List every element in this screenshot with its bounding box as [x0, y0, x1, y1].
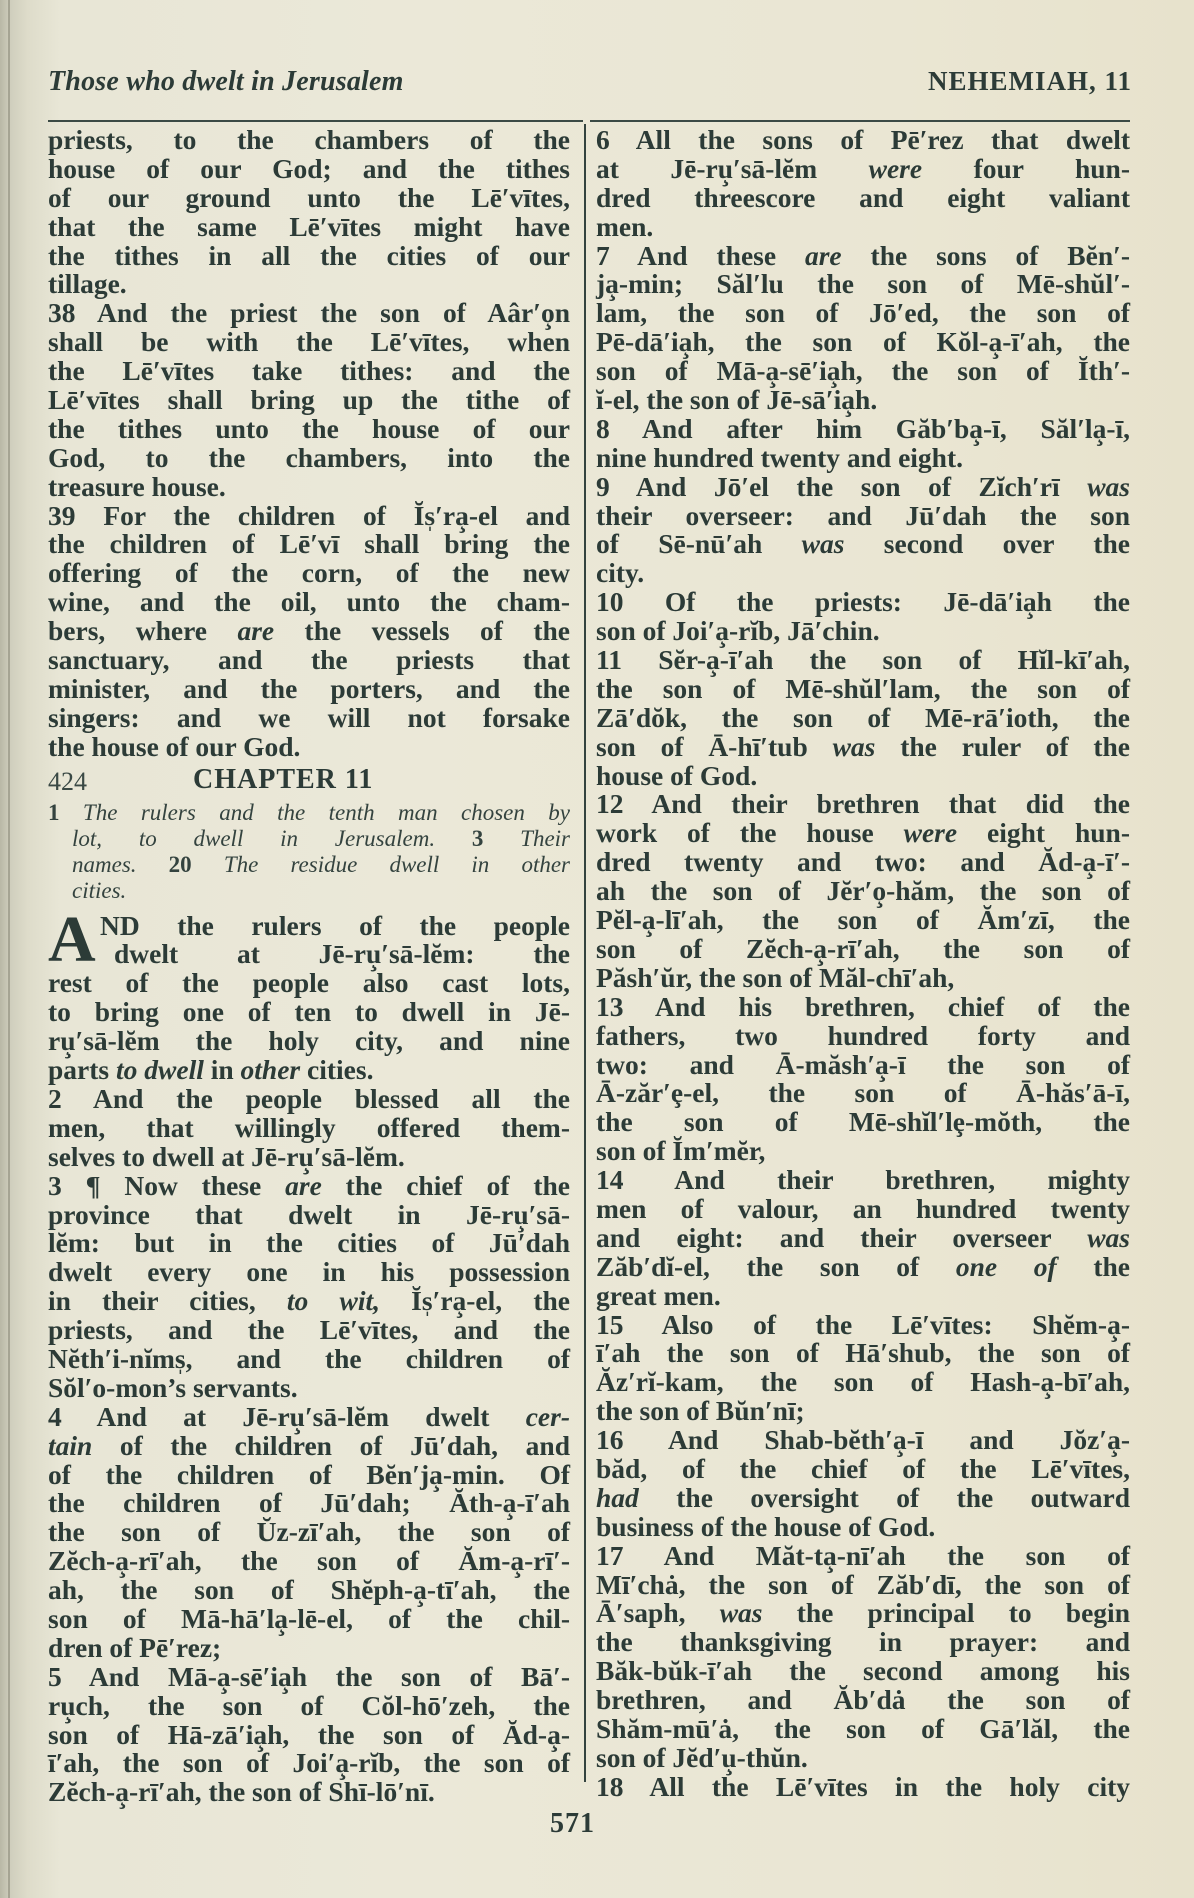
text-line: Ăz′rĭ-kam, the son of Hash-a̧-bī′ah, — [596, 1368, 1130, 1397]
text-line: minister, and the porters, and the — [48, 675, 570, 704]
text-line: house of our God; and the tithes — [48, 155, 570, 184]
text-line: singers: and we will not forsake — [48, 704, 570, 733]
page-number: 571 — [550, 1808, 595, 1840]
chapter-reference-number: 424 — [48, 768, 87, 797]
book-chapter-heading: NEHEMIAH, 11 — [928, 66, 1132, 97]
text-line: băd, of the chief of the Lē′vītes, — [596, 1455, 1130, 1484]
verse-5: 5 And Mā-a̧-sē′ia̧h the son of Bā′- — [48, 1663, 570, 1692]
verse-9: 9 And Jō′el the son of Zĭch′rī was — [596, 473, 1130, 502]
text-line: Mī′chȧ, the son of Zăb′dī, the son of — [596, 1571, 1130, 1600]
verse-14: 14 And their brethren, mighty — [596, 1166, 1130, 1195]
verse-15: 15 Also of the Lē′vītes: Shĕm-a̧- — [596, 1311, 1130, 1340]
text-line: Zăb′dĭ-el, the son of one of the — [596, 1253, 1130, 1282]
text-line: at Jē-ru̧′sā-lĕm were four hun- — [596, 155, 1130, 184]
text-line: son of Joi′a̧-rĭb, Jā′chin. — [596, 617, 1130, 646]
chapter-heading-row: 424 CHAPTER 11 — [48, 764, 570, 800]
verse-38: 38 And the priest the son of Aâr′o̧n — [48, 299, 570, 328]
left-column: priests, to the chambers of the house of… — [48, 126, 570, 1807]
text-line: Lē′vītes shall bring up the tithe of — [48, 386, 570, 415]
text-line: their overseer: and Jū′dah the son — [596, 502, 1130, 531]
text-line: son of Jĕd′u̧-thŭn. — [596, 1744, 1130, 1773]
text-line: the son of Mē-shĭl′lȩ-mŏth, the — [596, 1108, 1130, 1137]
text-line: dred twenty and two: and Ăd-a̧-ī′- — [596, 848, 1130, 877]
text-line: Nĕth′i-nĭms̩, and the children of — [48, 1345, 570, 1374]
text-line: house of God. — [596, 762, 1130, 791]
running-head: Those who dwelt in Jerusalem NEHEMIAH, 1… — [48, 66, 1132, 106]
verse-39: 39 For the children of Ĭs̩′ra̧-el and — [48, 502, 570, 531]
text-line: Păsh′ŭr, the son of Măl-chī′ah, — [596, 964, 1130, 993]
text-line: son of Hā-zā′ia̧h, the son of Ăd-a̧- — [48, 1721, 570, 1750]
verse-3: 3 ¶ Now these are the chief of the — [48, 1172, 570, 1201]
verse-1: A ND the rulers of the people dwelt at J… — [48, 912, 570, 1085]
section-heading: Those who dwelt in Jerusalem — [48, 66, 404, 98]
text-line: the Lē′vītes take tithes: and the — [48, 357, 570, 386]
text-line: Ā′saph, was the principal to begin — [596, 1599, 1130, 1628]
text-line: ND the rulers of the people — [48, 912, 570, 941]
text-line: men. — [596, 213, 1130, 242]
text-line: offering of the corn, of the new — [48, 559, 570, 588]
text-line: nine hundred twenty and eight. — [596, 444, 1130, 473]
text-line: city. — [596, 559, 1130, 588]
verse-16: 16 And Shab-bĕth′a̧-ī and Jŏz′a̧- — [596, 1426, 1130, 1455]
verse-18: 18 All the Lē′vītes in the holy city — [596, 1773, 1130, 1802]
text-line: in their cities, to wit, Ĭs̩′ra̧-el, the — [48, 1287, 570, 1316]
text-line: Pĕl-a̧-lī′ah, the son of Ăm′zī, the — [596, 906, 1130, 935]
text-line: the son of Ŭz-zī′ah, the son of — [48, 1518, 570, 1547]
text-line: ja̧-min; Săl′lu the son of Mē-shŭl′- — [596, 270, 1130, 299]
text-line: treasure house. — [48, 473, 570, 502]
text-line: ru̧ch, the son of Cŏl-hō′zeh, the — [48, 1692, 570, 1721]
text-line: ī′ah the son of Hā′shub, the son of — [596, 1339, 1130, 1368]
text-line: the son of Mē-shŭl′lam, the son of — [596, 675, 1130, 704]
text-line: parts to dwell in other cities. — [48, 1056, 570, 1085]
text-line: ah, the son of Shĕph-a̧-tī′ah, the — [48, 1576, 570, 1605]
text-line: son of Mā-a̧-sē′ia̧h, the son of Ĭth′- — [596, 357, 1130, 386]
text-line: lĕm: but in the cities of Jū′dah — [48, 1229, 570, 1258]
chapter-summary: 1 The rulers and the tenth man chosen by… — [48, 800, 570, 904]
text-line: sanctuary, and the priests that — [48, 646, 570, 675]
text-line: dwelt every one in his possession — [48, 1258, 570, 1287]
text-line: men of valour, an hundred twenty — [596, 1195, 1130, 1224]
text-line: the house of our God. — [48, 733, 570, 762]
text-line: great men. — [596, 1282, 1130, 1311]
verse-12: 12 And their brethren that did the — [596, 790, 1130, 819]
text-line: work of the house were eight hun- — [596, 819, 1130, 848]
text-line: son of Mā-hā′la̧-lē-el, of the chil- — [48, 1605, 570, 1634]
text-line: ī′ah, the son of Joi′a̧-rĭb, the son of — [48, 1749, 570, 1778]
verse-6: 6 All the sons of Pē′rez that dwelt — [596, 126, 1130, 155]
text-line: lam, the son of Jō′ed, the son of — [596, 299, 1130, 328]
text-line: son of Zĕch-a̧-rī′ah, the son of — [596, 935, 1130, 964]
text-line: priests, to the chambers of the — [48, 126, 570, 155]
verse-4: 4 And at Jē-ru̧′sā-lĕm dwelt cer- — [48, 1403, 570, 1432]
text-line: dred threescore and eight valiant — [596, 184, 1130, 213]
text-line: Zĕch-a̧-rī′ah, the son of Shī-lō′nī. — [48, 1778, 570, 1807]
text-line: to bring one of ten to dwell in Jē- — [48, 998, 570, 1027]
text-line: the children of Jū′dah; Ăth-a̧-ī′ah — [48, 1489, 570, 1518]
verse-10: 10 Of the priests: Jē-dā′ia̧h the — [596, 588, 1130, 617]
text-line: priests, and the Lē′vītes, and the — [48, 1316, 570, 1345]
text-line: shall be with the Lē′vītes, when — [48, 328, 570, 357]
text-line: two: and Ā-măsh′a̧-ī the son of — [596, 1051, 1130, 1080]
text-line: of the children of Bĕn′ja̧-min. Of — [48, 1461, 570, 1490]
text-line: God, to the chambers, into the — [48, 444, 570, 473]
text-line: business of the house of God. — [596, 1513, 1130, 1542]
text-line: and eight: and their overseer was — [596, 1224, 1130, 1253]
verse-8: 8 And after him Găb′ba̧-ī, Săl′la̧-ī, — [596, 415, 1130, 444]
text-line: son of Ā-hī′tub was the ruler of the — [596, 733, 1130, 762]
text-line: the son of Bŭn′nī; — [596, 1397, 1130, 1426]
text-line: had the oversight of the outward — [596, 1484, 1130, 1513]
text-line: son of Ĭm′mĕr, — [596, 1137, 1130, 1166]
text-line: of Sē-nū′ah was second over the — [596, 530, 1130, 559]
text-line: the children of Lē′vī shall bring the — [48, 530, 570, 559]
text-line: selves to dwell at Jē-ru̧′sā-lĕm. — [48, 1143, 570, 1172]
header-rule-left — [48, 120, 583, 123]
book-spine-edge — [8, 0, 10, 1898]
text-line: rest of the people also cast lots, — [48, 969, 570, 998]
text-line: Ā-zăr′ȩ-el, the son of Ā-hăs′ā-ī, — [596, 1079, 1130, 1108]
right-column: 6 All the sons of Pē′rez that dwelt at J… — [596, 126, 1130, 1802]
text-line: the tithes unto the house of our — [48, 415, 570, 444]
text-line: dren of Pē′rez; — [48, 1634, 570, 1663]
text-line: of our ground unto the Lē′vītes, — [48, 184, 570, 213]
text-line: province that dwelt in Jē-ru̧′sā- — [48, 1201, 570, 1230]
verse-11: 11 Sĕr-a̧-ī′ah the son of Hĭl-kī′ah, — [596, 646, 1130, 675]
text-line: ru̧′sā-lĕm the holy city, and nine — [48, 1027, 570, 1056]
text-line: fathers, two hundred forty and — [596, 1022, 1130, 1051]
text-line: bers, where are the vessels of the — [48, 617, 570, 646]
text-line: Shăm-mū′ȧ, the son of Gā′lăl, the — [596, 1715, 1130, 1744]
verse-17: 17 And Măt-ta̧-nī′ah the son of — [596, 1542, 1130, 1571]
text-line: Zā′dŏk, the son of Mē-rā′ioth, the — [596, 704, 1130, 733]
text-line: brethren, and Ăb′dȧ the son of — [596, 1686, 1130, 1715]
text-line: Băk-bŭk-ī′ah the second among his — [596, 1657, 1130, 1686]
text-line: tain of the children of Jū′dah, and — [48, 1432, 570, 1461]
chapter-title: CHAPTER 11 — [193, 766, 373, 795]
text-line: dwelt at Jē-ru̧′sā-lĕm: the — [48, 940, 570, 969]
bible-page: Those who dwelt in Jerusalem NEHEMIAH, 1… — [0, 0, 1194, 1898]
verse-7: 7 And these are the sons of Bĕn′- — [596, 242, 1130, 271]
text-line: ĭ-el, the son of Jē-sā′ia̧h. — [596, 386, 1130, 415]
text-line: that the same Lē′vītes might have — [48, 213, 570, 242]
text-line: Zĕch-a̧-rī′ah, the son of Ăm-a̧-rī′- — [48, 1547, 570, 1576]
column-divider — [584, 124, 586, 1782]
text-line: the thanksgiving in prayer: and — [596, 1628, 1130, 1657]
text-line: ah the son of Jĕr′o̧-hăm, the son of — [596, 877, 1130, 906]
text-line: men, that willingly offered them- — [48, 1114, 570, 1143]
verse-13: 13 And his brethren, chief of the — [596, 993, 1130, 1022]
text-line: wine, and the oil, unto the cham- — [48, 588, 570, 617]
verse-2: 2 And the people blessed all the — [48, 1085, 570, 1114]
drop-cap: A — [48, 910, 96, 970]
text-line: Pē-dā′ia̧h, the son of Kŏl-a̧-ī′ah, the — [596, 328, 1130, 357]
text-line: tillage. — [48, 270, 570, 299]
text-line: the tithes in all the cities of our — [48, 242, 570, 271]
header-rule-right — [590, 120, 1130, 123]
text-line: Sŏl′o-mon’s servants. — [48, 1374, 570, 1403]
